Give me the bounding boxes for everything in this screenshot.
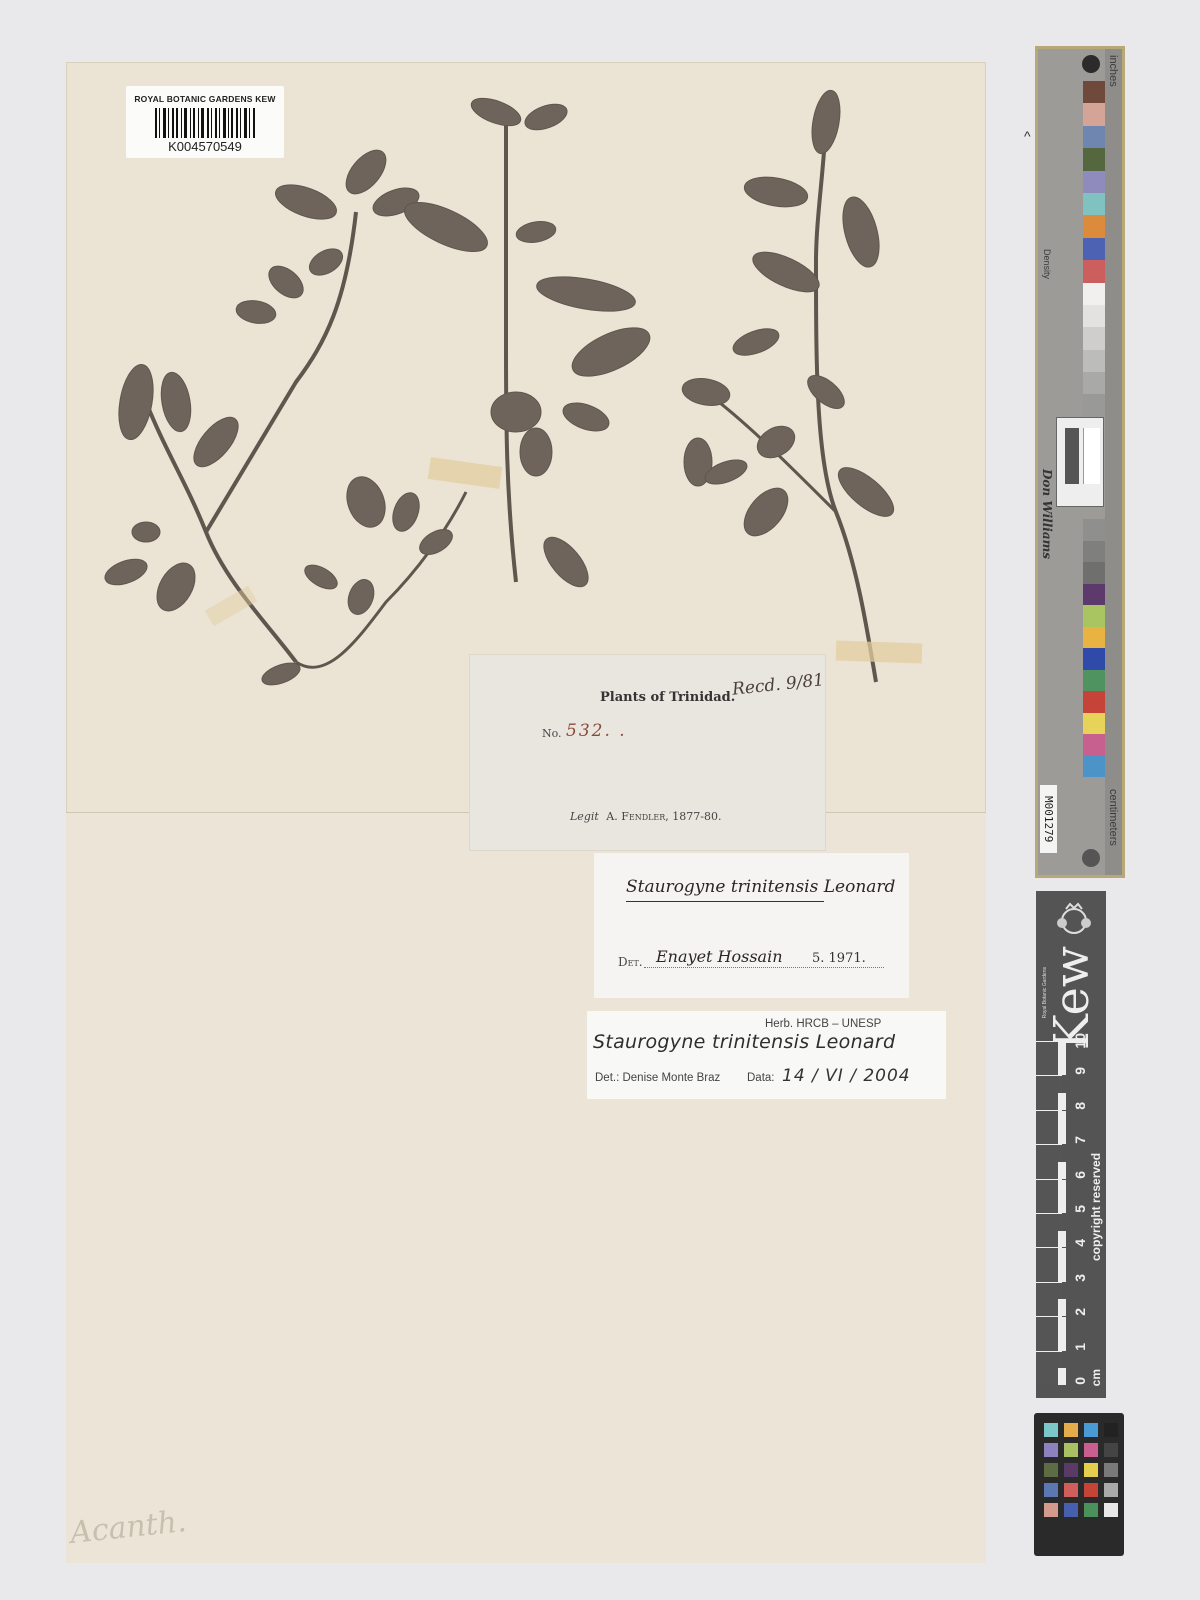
punch-hole — [1082, 55, 1100, 73]
scale-segment — [1036, 1144, 1062, 1178]
collection-title: Plants of Trinidad. — [600, 690, 735, 705]
scale-number: 8 — [1072, 1102, 1088, 1110]
scale-segment — [1036, 1041, 1062, 1075]
color-calibration-bar: Don Williams inches centimeters Density … — [1035, 46, 1125, 878]
centimeters-label: centimeters — [1107, 789, 1119, 846]
color-swatches-bottom — [1083, 519, 1105, 777]
color-bar-id: M001279 — [1040, 785, 1057, 853]
color-chip — [1104, 1503, 1118, 1517]
det-label: Det. — [618, 955, 643, 969]
color-swatch — [1083, 327, 1105, 349]
tape-strip — [836, 641, 923, 664]
kew-subtitle: Royal Botanic Gardens — [1042, 967, 1048, 1018]
scale-number: 6 — [1072, 1171, 1088, 1179]
color-swatch — [1083, 670, 1105, 692]
color-chip — [1044, 1463, 1058, 1477]
scale-number: 1 — [1072, 1343, 1088, 1351]
color-chip — [1084, 1443, 1098, 1457]
color-chip — [1044, 1483, 1058, 1497]
color-swatch — [1083, 193, 1105, 215]
color-swatch — [1083, 126, 1105, 148]
centimeter-scale — [1036, 1041, 1066, 1393]
royal-crest-icon — [1054, 901, 1094, 939]
color-swatch — [1083, 103, 1105, 125]
brand-script: Don Williams — [1040, 469, 1054, 559]
determiner-name: Enayet Hossain — [656, 947, 783, 966]
number-label: No. — [542, 727, 562, 740]
color-chip — [1044, 1503, 1058, 1517]
color-checker-chips — [1044, 1423, 1118, 1517]
color-chip — [1104, 1423, 1118, 1437]
color-swatch — [1083, 283, 1105, 305]
scale-segment — [1036, 1316, 1062, 1350]
taxon-name: Staurogyne trinitensis Leonard — [626, 877, 895, 897]
color-swatch — [1083, 148, 1105, 170]
scale-number: 7 — [1072, 1136, 1088, 1144]
scale-number: 10 — [1072, 1033, 1088, 1049]
color-swatch — [1083, 372, 1105, 394]
color-swatch — [1083, 713, 1105, 735]
collector-name: A. Fendler, 1877-80. — [606, 810, 721, 823]
taxon-underline — [626, 901, 824, 902]
scale-segment — [1036, 1247, 1062, 1281]
color-chip — [1104, 1463, 1118, 1477]
inch-cm-ruler: inches centimeters — [1105, 49, 1122, 875]
kew-scale-bar: Kew Royal Botanic Gardens 012345678910 c… — [1036, 891, 1106, 1398]
scale-numbers: 012345678910 — [1072, 1041, 1088, 1393]
color-chip — [1064, 1423, 1078, 1437]
determination-date: 5. 1971. — [812, 951, 866, 966]
color-swatch — [1083, 260, 1105, 282]
color-swatch — [1083, 691, 1105, 713]
scale-segment — [1036, 1213, 1062, 1247]
color-swatch — [1083, 394, 1105, 416]
determination-slip-1971: Staurogyne trinitensis Leonard Det. Enay… — [594, 853, 909, 998]
color-chip — [1044, 1443, 1058, 1457]
determination-slip-2004: Herb. HRCB – UNESP Staurogyne trinitensi… — [587, 1011, 946, 1099]
scale-number: 9 — [1072, 1067, 1088, 1075]
scale-number: 4 — [1072, 1239, 1088, 1247]
color-swatch — [1083, 171, 1105, 193]
color-chip — [1084, 1423, 1098, 1437]
color-swatch — [1083, 627, 1105, 649]
color-chip — [1064, 1503, 1078, 1517]
color-swatch — [1083, 541, 1105, 563]
legit-prefix: Legit — [570, 810, 599, 823]
scale-segment — [1036, 1110, 1062, 1144]
corner-pencil-mark: ^ — [1024, 128, 1031, 144]
color-swatch — [1083, 756, 1105, 778]
color-swatch — [1083, 648, 1105, 670]
scale-number: 2 — [1072, 1308, 1088, 1316]
taxon-name: Staurogyne trinitensis Leonard — [593, 1031, 895, 1053]
color-swatch — [1083, 734, 1105, 756]
color-chip — [1064, 1483, 1078, 1497]
color-swatch — [1083, 584, 1105, 606]
scale-segment — [1036, 1179, 1062, 1213]
determination-date: 14 / VI / 2004 — [782, 1066, 911, 1086]
institution-name: ROYAL BOTANIC GARDENS KEW — [126, 94, 284, 104]
color-chip — [1104, 1483, 1118, 1497]
scale-number: 0 — [1072, 1377, 1088, 1385]
color-swatch — [1083, 215, 1105, 237]
color-chip — [1064, 1463, 1078, 1477]
density-label: Density — [1042, 249, 1052, 279]
color-swatch — [1083, 81, 1105, 103]
inches-label: inches — [1107, 55, 1119, 87]
color-chip — [1084, 1463, 1098, 1477]
scale-segment — [1036, 1282, 1062, 1316]
color-swatch — [1083, 305, 1105, 327]
color-chip — [1064, 1443, 1078, 1457]
color-chip — [1044, 1423, 1058, 1437]
barcode — [155, 108, 255, 138]
color-swatches-top — [1083, 81, 1105, 417]
color-checker-card — [1034, 1413, 1124, 1556]
color-chip — [1084, 1503, 1098, 1517]
unit-label: cm — [1089, 1369, 1103, 1386]
determiner: Det.: Denise Monte Braz — [595, 1072, 720, 1084]
copyright-text: copyright reserved — [1089, 1041, 1103, 1261]
date-label: Data: — [747, 1072, 775, 1084]
color-swatch — [1083, 562, 1105, 584]
herbarium-code: Herb. HRCB – UNESP — [765, 1018, 881, 1030]
color-swatch — [1083, 350, 1105, 372]
collector-line: Legit A. Fendler, 1877-80. — [570, 810, 722, 823]
color-swatch — [1083, 238, 1105, 260]
collection-label: Plants of Trinidad. Recd. 9/81 No. 532. … — [470, 655, 825, 850]
dotted-line — [644, 967, 884, 968]
scale-number: 5 — [1072, 1205, 1088, 1213]
scale-segment — [1036, 1351, 1062, 1385]
resolution-target — [1056, 417, 1104, 507]
color-chip — [1104, 1443, 1118, 1457]
color-chip — [1084, 1483, 1098, 1497]
collection-number: 532. . — [566, 721, 627, 741]
scale-segment — [1036, 1075, 1062, 1109]
color-swatch — [1083, 605, 1105, 627]
scale-number: 3 — [1072, 1274, 1088, 1282]
barcode-number: K004570549 — [126, 139, 284, 154]
received-annotation: Recd. 9/81 — [731, 670, 825, 700]
barcode-label: ROYAL BOTANIC GARDENS KEW K004570549 — [126, 86, 284, 158]
punch-hole — [1082, 849, 1100, 867]
color-swatch — [1083, 519, 1105, 541]
